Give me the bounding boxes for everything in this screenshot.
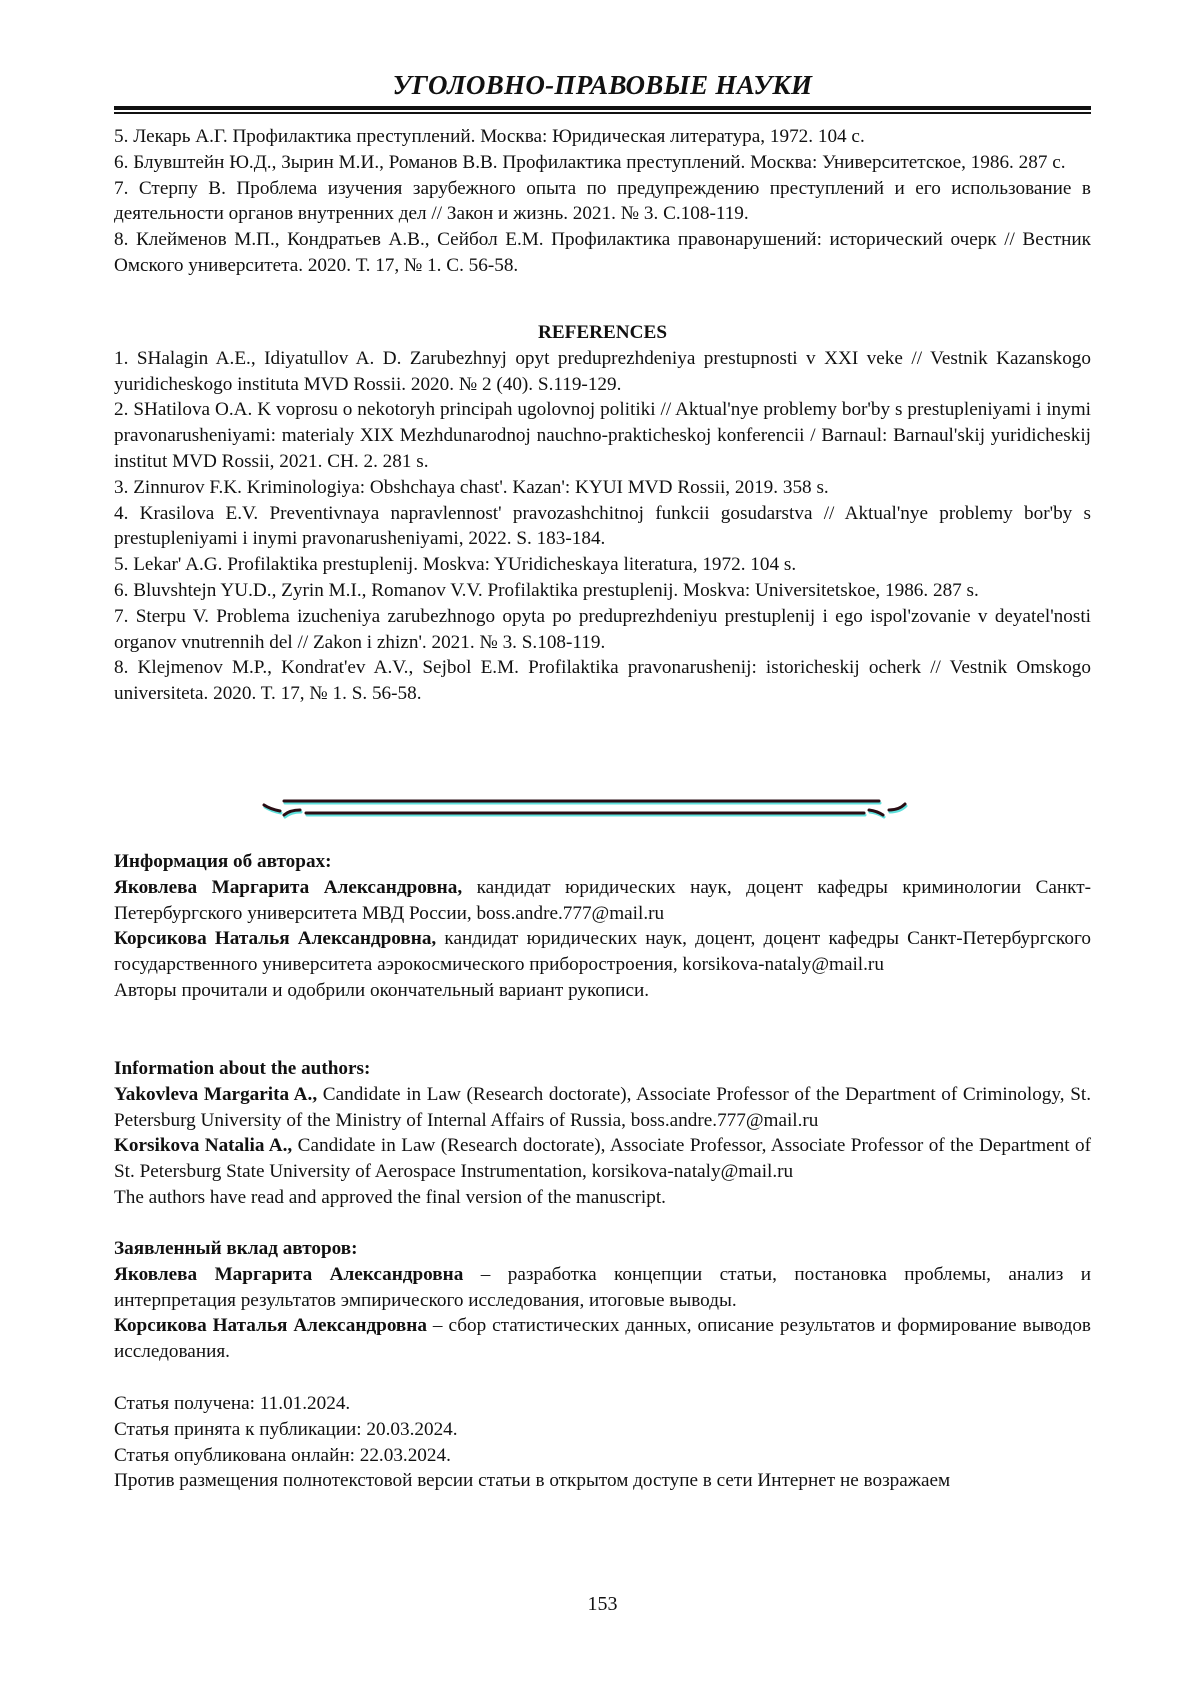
author-name: Яковлева Маргарита Александровна, [114,877,462,898]
references-heading: REFERENCES [114,320,1091,346]
contribution-section: Заявленный вклад авторов: Яковлева Марга… [114,1236,1091,1365]
authors-approval: The authors have read and approved the f… [114,1185,1091,1211]
page-number: 153 [114,1593,1091,1616]
header-rule-thick [114,106,1091,110]
contribution-entry: Корсикова Наталья Александровна – сбор с… [114,1313,1091,1365]
author-entry: Korsikova Natalia A., Candidate in Law (… [114,1133,1091,1185]
authors-en-heading: Information about the authors: [114,1056,1091,1082]
author-entry: Корсикова Наталья Александровна, кандида… [114,926,1091,978]
references-section: REFERENCES 1. SHalagin A.E., Idiyatullov… [114,320,1091,707]
ru-reference-item: 5. Лекарь А.Г. Профилактика преступлений… [114,124,1091,150]
open-access-statement: Против размещения полнотекстовой версии … [114,1468,1091,1494]
header-rule-thin [114,112,1091,114]
author-entry: Яковлева Маргарита Александровна, кандид… [114,875,1091,927]
date-published: Статья опубликована онлайн: 22.03.2024. [114,1443,1091,1469]
author-entry: Yakovleva Margarita A., Candidate in Law… [114,1082,1091,1134]
authors-approval: Авторы прочитали и одобрили окончательны… [114,978,1091,1004]
ru-references-continued: 5. Лекарь А.Г. Профилактика преступлений… [114,124,1091,279]
reference-item: 8. Klejmenov M.P., Kondrat'ev A.V., Sejb… [114,655,1091,707]
decorative-divider-icon [254,795,954,825]
author-name: Корсикова Наталья Александровна, [114,928,436,949]
ru-reference-item: 7. Стерпу В. Проблема изучения зарубежно… [114,176,1091,228]
reference-item: 6. Bluvshtejn YU.D., Zyrin M.I., Romanov… [114,578,1091,604]
reference-item: 4. Krasilova E.V. Preventivnaya napravle… [114,501,1091,553]
author-name: Yakovleva Margarita A., [114,1084,317,1105]
reference-item: 2. SHatilova O.A. K voprosu o nekotoryh … [114,397,1091,474]
reference-item: 1. SHalagin A.E., Idiyatullov A. D. Zaru… [114,346,1091,398]
contribution-heading: Заявленный вклад авторов: [114,1236,1091,1262]
dates-section: Статья получена: 11.01.2024. Статья прин… [114,1391,1091,1494]
reference-item: 3. Zinnurov F.K. Kriminologiya: Obshchay… [114,475,1091,501]
authors-ru-heading: Информация об авторах: [114,849,1091,875]
contributor-name: Яковлева Маргарита Александровна [114,1264,463,1285]
ru-reference-item: 8. Клейменов М.П., Кондратьев А.В., Сейб… [114,227,1091,279]
date-received: Статья получена: 11.01.2024. [114,1391,1091,1417]
contribution-entry: Яковлева Маргарита Александровна – разра… [114,1262,1091,1314]
ru-reference-item: 6. Блувштейн Ю.Д., Зырин М.И., Романов В… [114,150,1091,176]
author-name: Korsikova Natalia A., [114,1135,292,1156]
authors-en-section: Information about the authors: Yakovleva… [114,1056,1091,1211]
contributor-name: Корсикова Наталья Александровна [114,1315,427,1336]
reference-item: 7. Sterpu V. Problema izucheniya zarubez… [114,604,1091,656]
authors-ru-section: Информация об авторах: Яковлева Маргарит… [114,849,1091,1004]
section-title: УГОЛОВНО-ПРАВОВЫЕ НАУКИ [114,70,1091,101]
date-accepted: Статья принята к публикации: 20.03.2024. [114,1417,1091,1443]
reference-item: 5. Lekar' A.G. Profilaktika prestuplenij… [114,552,1091,578]
